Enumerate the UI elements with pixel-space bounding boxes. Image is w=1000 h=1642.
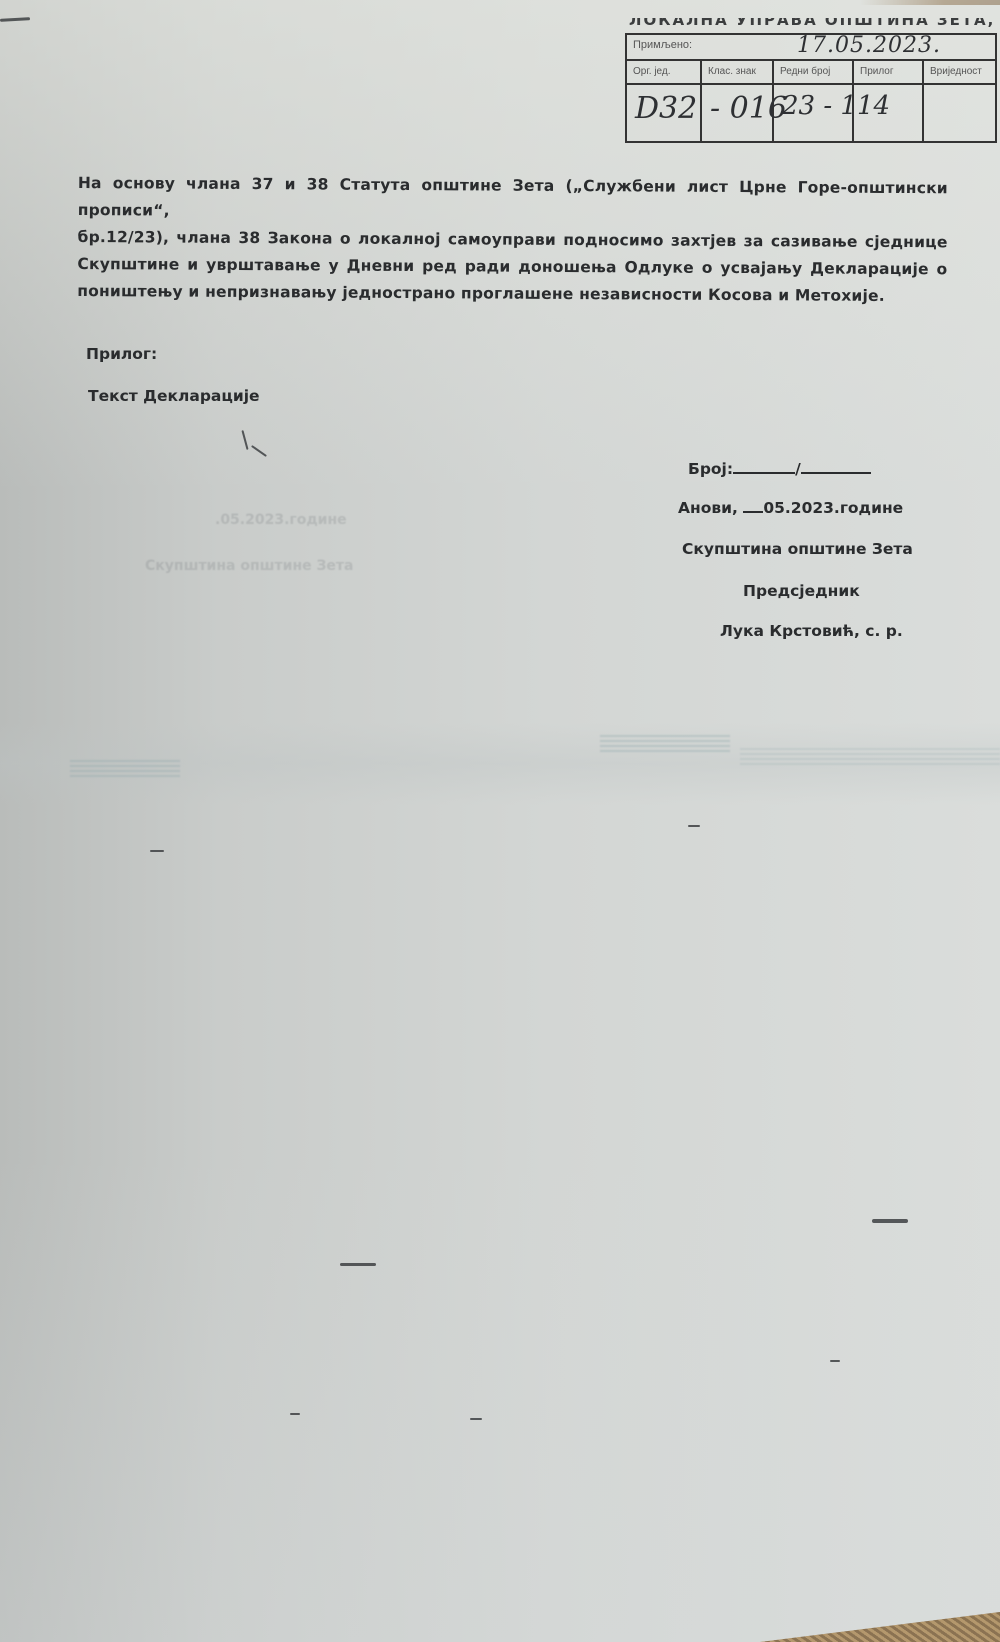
- paragraph-line: поништењу и непризнавању једнострано про…: [77, 278, 947, 310]
- number-blank: [733, 458, 795, 474]
- request-paragraph: На основу члана 37 и 38 Статута општине …: [77, 170, 948, 310]
- stamp-header: ЛОКАЛНА УПРАВА ОПШТИНА ЗЕТА, АНОВИ: [625, 18, 995, 32]
- signatory-name: Лука Крстовић, с. р.: [720, 622, 903, 640]
- document-number-line: Број:/: [688, 458, 871, 478]
- stray-mark: [470, 1418, 482, 1420]
- stray-mark: [340, 1263, 376, 1266]
- stamp-val-attachment: [854, 85, 924, 141]
- number-blank: [801, 458, 871, 474]
- bleed-through-text: Скупштина општине Зета: [145, 558, 354, 574]
- stamp-val-org-unit: D32: [627, 85, 702, 141]
- stamp-header-text: ЛОКАЛНА УПРАВА ОПШТИНА ЗЕТА, АНОВИ: [629, 18, 995, 29]
- paragraph-line: На основу члана 37 и 38 Статута општине …: [78, 170, 948, 229]
- scanned-document-page: .05.2023.године Скупштина општине Зета Л…: [0, 0, 1000, 1642]
- stamp-val-value: [924, 85, 995, 141]
- stamp-col-value: Вриједност: [924, 61, 995, 83]
- registry-stamp: ЛОКАЛНА УПРАВА ОПШТИНА ЗЕТА, АНОВИ Примљ…: [625, 18, 995, 143]
- attachment-value: Текст Декларације: [88, 387, 260, 405]
- stray-mark: [688, 825, 700, 827]
- pen-mark: [251, 445, 267, 457]
- pen-mark: [241, 430, 248, 450]
- bleed-through-text: .05.2023.године: [215, 512, 347, 528]
- day-blank: [743, 497, 763, 513]
- signatory-role: Предсједник: [743, 582, 860, 600]
- stamp-col-ordinal: Редни број: [774, 61, 854, 83]
- scan-smear: [740, 748, 1000, 766]
- stamp-val-ordinal: 23 - 114: [774, 85, 854, 141]
- stamp-column-headers: Орг. јед. Клас. знак Редни број Прилог В…: [627, 61, 995, 85]
- scan-smear: [70, 760, 180, 778]
- stamp-grid: Примљено: 17.05.2023. Орг. јед. Клас. зн…: [625, 33, 997, 143]
- stamp-val-class-mark: - 016: [702, 85, 774, 141]
- date-suffix: 05.2023.године: [763, 499, 903, 517]
- scan-smear: [600, 735, 730, 753]
- stamp-received-row: Примљено: 17.05.2023.: [627, 35, 995, 61]
- place: Анови,: [678, 499, 738, 517]
- stray-mark: [150, 850, 164, 852]
- desk-surface-corner: [760, 1612, 1000, 1642]
- stray-mark: [0, 17, 30, 22]
- attachment-label: Прилог:: [86, 345, 157, 363]
- stamp-col-org-unit: Орг. јед.: [627, 61, 702, 83]
- stamp-values-row: D32 - 016 23 - 114: [627, 85, 995, 141]
- institution: Скупштина општине Зета: [682, 540, 913, 558]
- place-date-line: Анови, 05.2023.године: [678, 497, 903, 517]
- stamp-received-label: Примљено:: [633, 39, 692, 51]
- stray-mark: [290, 1413, 300, 1415]
- stray-mark: [830, 1360, 840, 1362]
- stamp-col-class-mark: Клас. знак: [702, 61, 774, 83]
- stamp-received-date: 17.05.2023.: [797, 33, 941, 58]
- number-label: Број:: [688, 460, 733, 478]
- stray-mark: [872, 1219, 908, 1223]
- desk-surface-top: [860, 0, 1000, 5]
- stamp-col-attachment: Прилог: [854, 61, 924, 83]
